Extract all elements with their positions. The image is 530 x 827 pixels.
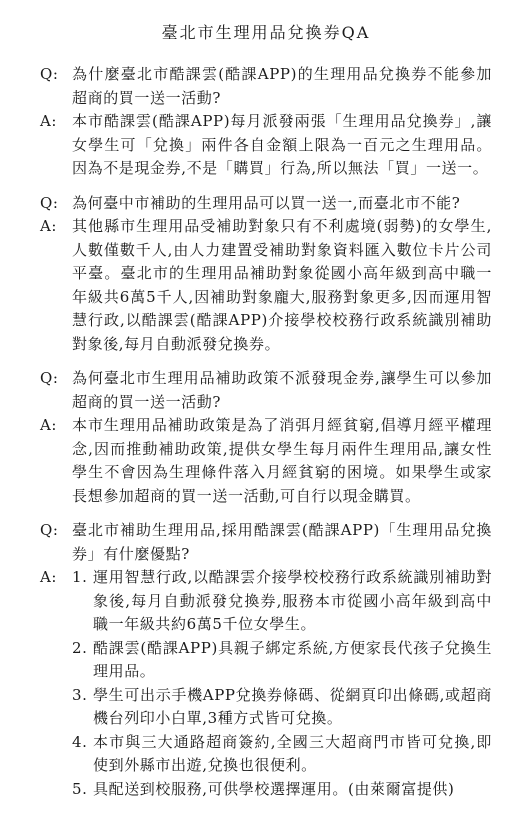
list-item-text: 本市與三大通路超商簽約,全國三大超商門市皆可兌換,即使到外縣市出遊,兌換也很便利… <box>93 731 492 778</box>
answer-label: A: <box>40 566 72 801</box>
question-text: 臺北市補助生理用品,採用酷課雲(酷課APP)「生理用品兌換券」有什麼優點? <box>72 519 492 566</box>
question-row: Q: 臺北市補助生理用品,採用酷課雲(酷課APP)「生理用品兌換券」有什麼優點? <box>40 519 492 566</box>
list-item-text: 具配送到校服務,可供學校選擇運用。(由萊爾富提供) <box>93 778 492 802</box>
answer-row: A: 本市酷課雲(酷課APP)每月派發兩張「生理用品兌換券」,讓女學生可「兌換」… <box>40 110 492 181</box>
list-item-text: 酷課雲(酷課APP)具親子綁定系統,方便家長代孩子兌換生理用品。 <box>93 637 492 684</box>
qa-block-1: Q: 為什麼臺北市酷課雲(酷課APP)的生理用品兌換券不能參加超商的買一送一活動… <box>40 63 492 181</box>
qa-block-3: Q: 為何臺北市生理用品補助政策不派發現金券,讓學生可以參加超商的買一送一活動?… <box>40 367 492 508</box>
list-item-number: 3. <box>72 684 93 731</box>
answer-text: 其他縣市生理用品受補助對象只有不利處境(弱勢)的女學生,人數僅數千人,由人力建置… <box>72 215 492 356</box>
answer-row: A: 其他縣市生理用品受補助對象只有不利處境(弱勢)的女學生,人數僅數千人,由人… <box>40 215 492 356</box>
page-title: 臺北市生理用品兌換券QA <box>40 20 492 46</box>
question-text: 為何臺北市生理用品補助政策不派發現金券,讓學生可以參加超商的買一送一活動? <box>72 367 492 414</box>
qa-block-2: Q: 為何臺中市補助的生理用品可以買一送一,而臺北市不能? A: 其他縣市生理用… <box>40 192 492 357</box>
list-item: 1. 運用智慧行政,以酷課雲介接學校校務行政系統識別補助對象後,每月自動派發兌換… <box>72 566 492 637</box>
document-page: 臺北市生理用品兌換券QA Q: 為什麼臺北市酷課雲(酷課APP)的生理用品兌換券… <box>0 0 530 827</box>
list-item-text: 運用智慧行政,以酷課雲介接學校校務行政系統識別補助對象後,每月自動派發兌換券,服… <box>93 566 492 637</box>
question-label: Q: <box>40 63 72 110</box>
list-item: 2. 酷課雲(酷課APP)具親子綁定系統,方便家長代孩子兌換生理用品。 <box>72 637 492 684</box>
question-row: Q: 為什麼臺北市酷課雲(酷課APP)的生理用品兌換券不能參加超商的買一送一活動… <box>40 63 492 110</box>
list-item-number: 5. <box>72 778 93 802</box>
answer-text: 本市生理用品補助政策是為了消弭月經貧窮,倡導月經平權理念,因而推動補助政策,提供… <box>72 414 492 508</box>
list-item: 4. 本市與三大通路超商簽約,全國三大超商門市皆可兌換,即使到外縣市出遊,兌換也… <box>72 731 492 778</box>
answer-row: A: 1. 運用智慧行政,以酷課雲介接學校校務行政系統識別補助對象後,每月自動派… <box>40 566 492 801</box>
list-item-number: 4. <box>72 731 93 778</box>
question-label: Q: <box>40 367 72 414</box>
question-label: Q: <box>40 192 72 216</box>
qa-block-4: Q: 臺北市補助生理用品,採用酷課雲(酷課APP)「生理用品兌換券」有什麼優點?… <box>40 519 492 801</box>
answer-label: A: <box>40 215 72 356</box>
list-item-number: 1. <box>72 566 93 637</box>
answer-label: A: <box>40 110 72 181</box>
answer-label: A: <box>40 414 72 508</box>
list-item-number: 2. <box>72 637 93 684</box>
list-item: 5. 具配送到校服務,可供學校選擇運用。(由萊爾富提供) <box>72 778 492 802</box>
list-item: 3. 學生可出示手機APP兌換券條碼、從網頁印出條碼,或超商機台列印小白單,3種… <box>72 684 492 731</box>
list-item-text: 學生可出示手機APP兌換券條碼、從網頁印出條碼,或超商機台列印小白單,3種方式皆… <box>93 684 492 731</box>
question-label: Q: <box>40 519 72 566</box>
question-row: Q: 為何臺中市補助的生理用品可以買一送一,而臺北市不能? <box>40 192 492 216</box>
question-text: 為何臺中市補助的生理用品可以買一送一,而臺北市不能? <box>72 192 492 216</box>
answer-list: 1. 運用智慧行政,以酷課雲介接學校校務行政系統識別補助對象後,每月自動派發兌換… <box>72 566 492 801</box>
answer-row: A: 本市生理用品補助政策是為了消弭月經貧窮,倡導月經平權理念,因而推動補助政策… <box>40 414 492 508</box>
question-row: Q: 為何臺北市生理用品補助政策不派發現金券,讓學生可以參加超商的買一送一活動? <box>40 367 492 414</box>
question-text: 為什麼臺北市酷課雲(酷課APP)的生理用品兌換券不能參加超商的買一送一活動? <box>72 63 492 110</box>
answer-text: 本市酷課雲(酷課APP)每月派發兩張「生理用品兌換券」,讓女學生可「兌換」兩件各… <box>72 110 492 181</box>
